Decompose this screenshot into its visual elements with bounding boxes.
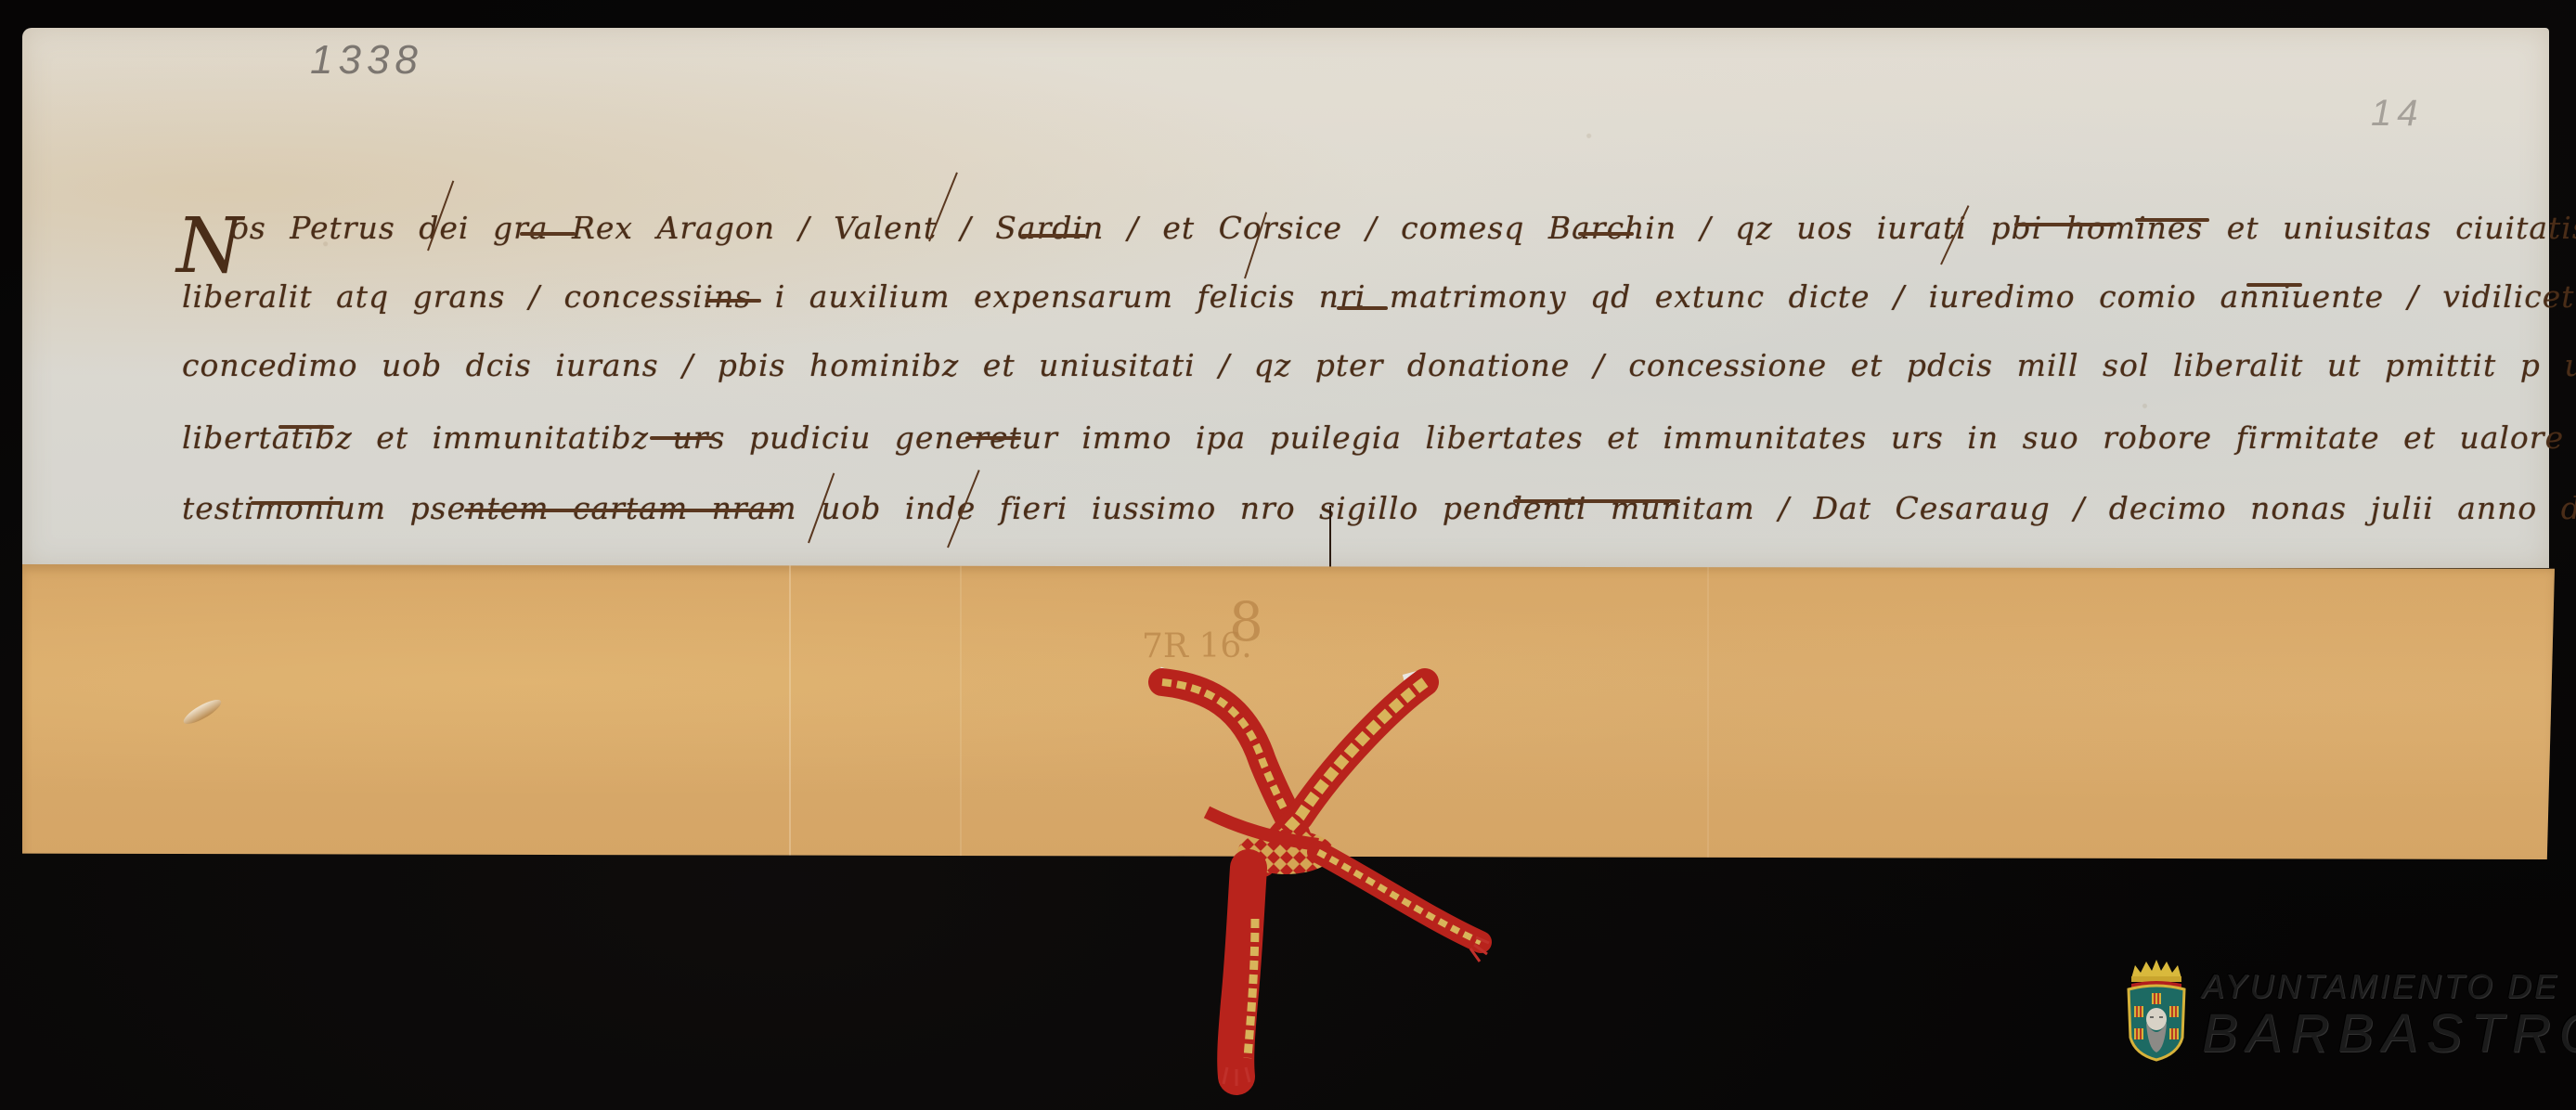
script-line-3: concedimo uob dcis iurans / pbis hominib… (182, 347, 2520, 383)
logo-line-barbastro: BARBASTRO (2202, 1002, 2576, 1065)
ayuntamiento-barbastro-logo: AYUNTAMIENTO DE BARBASTRO (2124, 958, 2532, 1062)
script-line-4: libertatibz et immunitatibz urs pudiciu … (182, 419, 2520, 456)
plica-note: 7R 16. (1142, 627, 1252, 665)
logo-line-ayuntamiento: AYUNTAMIENTO DE (2202, 967, 2559, 1006)
archive-number-pencil: 1338 (310, 37, 423, 84)
coat-of-arms-icon (2124, 958, 2189, 1062)
parchment-plica: 8 7R 16. (22, 564, 2555, 859)
script-line-1: os Petrus dei gra Rex Aragon / Valent / … (230, 210, 2520, 246)
corner-number-pencil: 14 (2371, 93, 2424, 135)
ruling-line-mark (1329, 506, 1331, 571)
